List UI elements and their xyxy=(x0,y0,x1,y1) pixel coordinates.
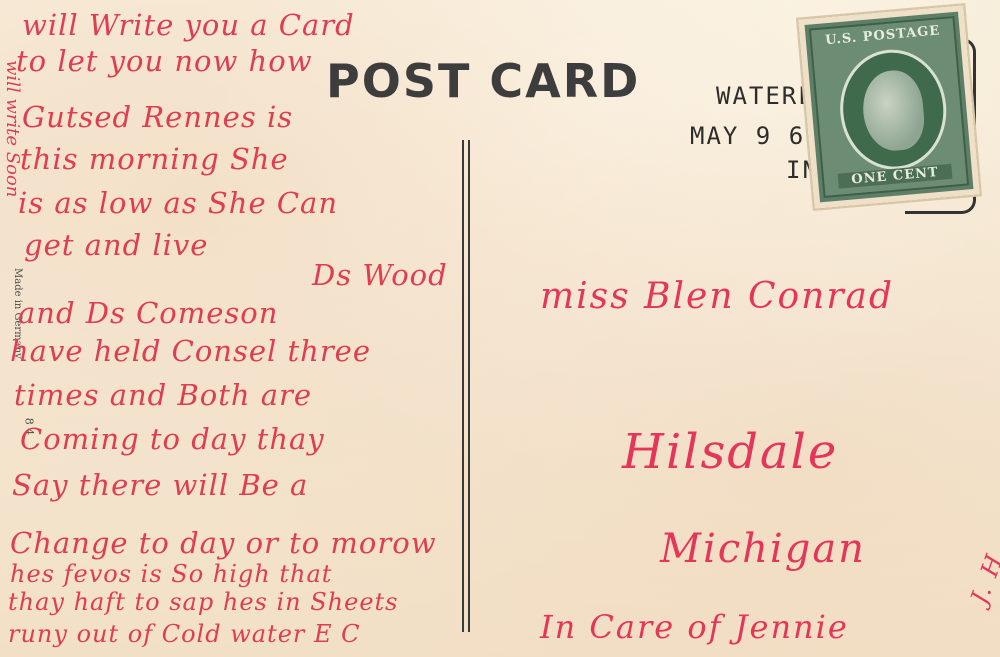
message-line: thay haft to sap hes in Sheets xyxy=(8,588,399,616)
message-line: Change to day or to morow xyxy=(10,526,437,560)
franklin-portrait-icon xyxy=(860,68,927,153)
center-divider xyxy=(462,140,470,632)
stamp-top-text: U.S. POSTAGE xyxy=(811,22,954,49)
address-margin-note: J. H. xyxy=(965,540,1000,607)
message-line: hes fevos is So high that xyxy=(10,560,332,588)
message-line: Say there will Be a xyxy=(12,468,308,502)
postcard-back: POST CARD Made in Germany 8 4 will write… xyxy=(0,0,1000,657)
message-line: have held Consel three xyxy=(10,334,371,368)
message-line: and Ds Comeson xyxy=(18,296,278,330)
message-line: this morning She xyxy=(20,142,289,176)
margin-side-note: will write Soon xyxy=(2,60,23,197)
message-line: runy out of Cold water E C xyxy=(8,620,361,648)
message-line: will Write you a Card xyxy=(22,8,355,42)
recipient-city: Hilsdale xyxy=(622,424,838,480)
message-line: Ds Wood xyxy=(312,258,448,292)
recipient-state: Michigan xyxy=(660,526,866,572)
message-line: Coming to day thay xyxy=(20,422,325,456)
message-line: to let you now how xyxy=(16,44,313,78)
message-line: is as low as She Can xyxy=(18,186,338,220)
recipient-care-of: In Care of Jennie xyxy=(540,608,849,646)
stamp-portrait-oval xyxy=(835,45,951,174)
recipient-name: miss Blen Conrad xyxy=(540,276,894,317)
post-card-title: POST CARD xyxy=(326,54,640,108)
message-line: get and live xyxy=(24,228,208,262)
postage-stamp: U.S. POSTAGE ONE CENT xyxy=(798,5,980,209)
message-line: Gutsed Rennes is xyxy=(22,100,293,134)
message-line: times and Both are xyxy=(14,378,312,412)
